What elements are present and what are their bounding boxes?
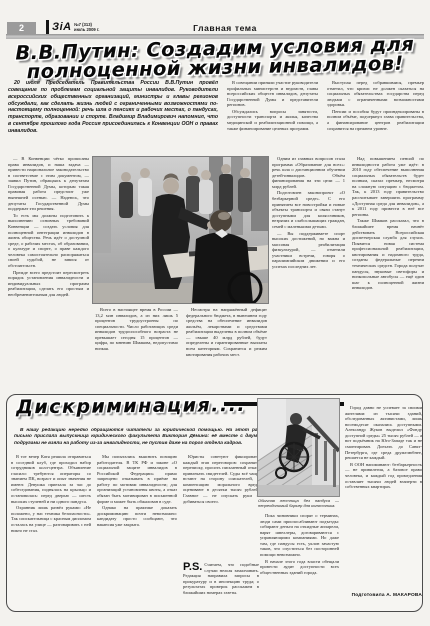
paragraph: — Вы поддерживаете спорт высоких достиже… — [272, 231, 345, 270]
paragraph: Мы попытались выяснить позицию работодат… — [97, 454, 177, 504]
paragraph: — В Конвенции чётко прописаны права инва… — [8, 156, 89, 212]
article2-column-1: В тот вечер Катя решила отправиться в со… — [11, 454, 91, 608]
paragraph: В тот вечер Катя решила отправиться в со… — [11, 454, 91, 504]
article2-postscript: P.S. Считаем, что подобные случаи нельзя… — [183, 562, 259, 608]
paragraph: Пенсии и пособия будут проиндексированы … — [327, 109, 424, 131]
article2-column-4: Пока чиновники спорят о терминах, люди с… — [260, 513, 339, 608]
paragraph: Подготовлен законопроект «О безбарьерной… — [272, 190, 345, 229]
article1-column-top-b: Выступая перед собравшимися, премьер отм… — [327, 80, 424, 153]
meeting-photo — [93, 157, 268, 303]
paragraph: Несмотря на напряжённый дефицит федераль… — [186, 307, 267, 357]
paragraph: Однако на практике доказать дискриминаци… — [97, 505, 177, 527]
article1-column-right-b: Над повышением пенсий по инвалидности ра… — [352, 156, 424, 392]
article2-lead-text: В нашу редакцию нередко обращаются читат… — [14, 428, 260, 447]
article2-lead: В нашу редакцию нередко обращаются читат… — [14, 428, 260, 451]
paragraph: Одним из главных вопросов стала программ… — [272, 156, 345, 189]
paragraph: Всего в настоящее время в России — 13,2 … — [95, 307, 178, 352]
section-title: Главная тема — [110, 23, 340, 33]
page-number: 2 — [7, 22, 36, 34]
paragraph: То есть мы должны подготовить к выполнен… — [8, 213, 89, 269]
paragraph: Обсуждались вопросы занятости, доступнос… — [227, 109, 318, 131]
paragraph: Город давно не успевает за своими жителя… — [345, 405, 422, 461]
issue-info: №7 (313) июль 2009 г. — [74, 22, 99, 33]
article2-column-3: Юристы советуют фиксировать каждый этап … — [183, 454, 259, 560]
paragraph: В начале этого года власти обещали прове… — [260, 559, 339, 576]
article1-column-top-a: В совещании приняли участие руководители… — [227, 80, 318, 153]
paragraph: Также Шмаков рассказал, что в ближайшее … — [352, 218, 424, 291]
paragraph: Прежде всего предстоит пересмотреть поря… — [8, 270, 89, 298]
article1-lead-text: 20 июля Председатель Правительства Росси… — [8, 80, 218, 135]
paragraph: В ООН напоминают: безбарьерность — не пр… — [345, 462, 422, 490]
meeting-photo-illustration — [93, 157, 268, 303]
main-headline: В.В.Путин: Создадим условия для полноцен… — [4, 34, 427, 82]
article2-headline: Дискриминация.... — [16, 392, 276, 421]
issue-date: июль 2009 г. — [74, 27, 99, 32]
photo2-caption: Обычная лестница без пандуса — непреодол… — [258, 498, 339, 511]
newspaper-page: 2 ЗiА №7 (313) июль 2009 г. Главная тема… — [0, 0, 430, 626]
paragraph: Выступая перед собравшимися, премьер отм… — [327, 80, 424, 108]
paragraph: В совещании приняли участие руководители… — [227, 80, 318, 108]
paragraph: Юристы советуют фиксировать каждый этап … — [183, 454, 259, 504]
paragraph: Над повышением пенсий по инвалидности ра… — [352, 156, 424, 217]
article1-column-below-photo-a: Всего в настоящее время в России — 13,2 … — [95, 307, 178, 392]
author-signature: Подготовила А. МАКАРОВА — [329, 593, 422, 598]
ps-label: P.S. — [183, 562, 202, 573]
article1-column-below-photo-b: Несмотря на напряжённый дефицит федераль… — [186, 307, 267, 392]
newspaper-logo: ЗiА — [52, 21, 72, 33]
paragraph: Пока чиновники спорят о терминах, люди с… — [260, 513, 339, 558]
article2-column-2: Мы попытались выяснить позицию работодат… — [97, 454, 177, 608]
paragraph: Охранник лишь развёл руками: «Не положен… — [11, 505, 91, 533]
article1-column-right-a: Одним из главных вопросов стала программ… — [272, 156, 345, 392]
article1-column-left: — В Конвенции чётко прописаны права инва… — [8, 156, 89, 392]
article1-lead: 20 июля Председатель Правительства Росси… — [8, 80, 218, 154]
article2-column-5: Город давно не успевает за своими жителя… — [345, 405, 422, 589]
